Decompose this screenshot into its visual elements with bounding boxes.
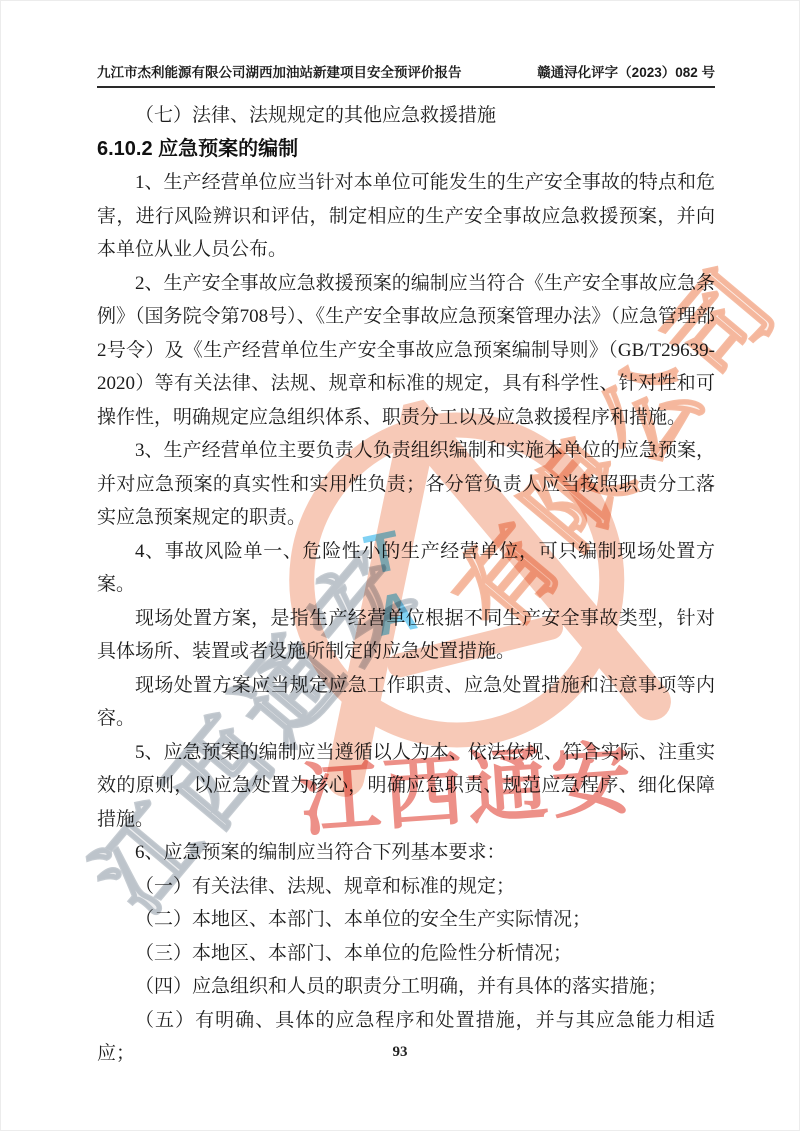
header-report-title: 九江市杰利能源有限公司湖西加油站新建项目安全预评价报告 — [97, 61, 462, 81]
paragraph: 2、生产安全事故应急救援预案的编制应当符合《生产安全事故应急条例》（国务院令第7… — [97, 267, 715, 435]
paragraph: 6、应急预案的编制应当符合下列基本要求： — [97, 836, 715, 870]
paragraph: 3、生产经营单位主要负责人负责组织编制和实施本单位的应急预案，并对应急预案的真实… — [97, 434, 715, 535]
paragraph: 1、生产经营单位应当针对本单位可能发生的生产安全事故的特点和危害，进行风险辨识和… — [97, 166, 715, 267]
paragraph: 现场处置方案，是指生产经营单位根据不同生产安全事故类型，针对具体场所、装置或者设… — [97, 602, 715, 669]
page-number: 93 — [1, 1044, 799, 1061]
paragraph: 4、事故风险单一、危险性小的生产经营单位，可只编制现场处置方案。 — [97, 535, 715, 602]
list-item-one: （一）有关法律、法规、规章和标准的规定； — [97, 870, 715, 904]
list-item-seven: （七）法律、法规规定的其他应急救援措施 — [97, 99, 715, 133]
list-item-four: （四）应急组织和人员的职责分工明确，并有具体的落实措施； — [97, 970, 715, 1004]
list-item-two: （二）本地区、本部门、本单位的安全生产实际情况； — [97, 903, 715, 937]
page-header: 九江市杰利能源有限公司湖西加油站新建项目安全预评价报告 赣通浔化评字（2023）… — [97, 61, 715, 88]
paragraph: 现场处置方案应当规定应急工作职责、应急处置措施和注意事项等内容。 — [97, 669, 715, 736]
section-heading: 6.10.2 应急预案的编制 — [97, 133, 715, 167]
document-body: （七）法律、法规规定的其他应急救援措施 6.10.2 应急预案的编制 1、生产经… — [97, 99, 715, 1071]
paragraph: 5、应急预案的编制应当遵循以人为本、依法依规、符合实际、注重实效的原则，以应急处… — [97, 736, 715, 837]
list-item-three: （三）本地区、本部门、本单位的危险性分析情况； — [97, 937, 715, 971]
header-doc-number: 赣通浔化评字（2023）082 号 — [537, 61, 715, 81]
document-page: 九江市杰利能源有限公司湖西加油站新建项目安全预评价报告 赣通浔化评字（2023）… — [0, 0, 800, 1131]
